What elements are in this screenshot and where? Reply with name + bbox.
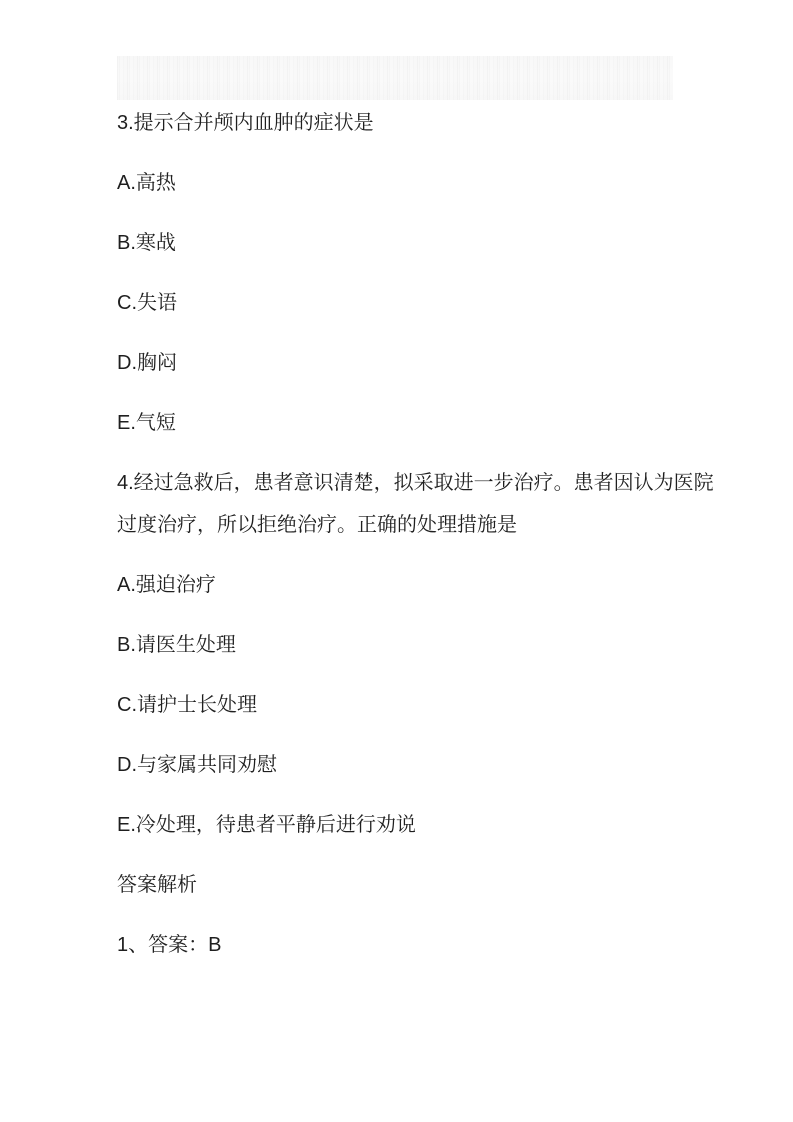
question-4-option-a: A.强迫治疗 [117,564,680,606]
question-3-option-d: D.胸闷 [117,342,680,384]
question-4-stem-line-2: 过度治疗，所以拒绝治疗。正确的处理措施是 [117,504,680,546]
question-4-option-c: C.请护士长处理 [117,684,680,726]
document-page: 3.提示合并颅内血肿的症状是 A.高热 B.寒战 C.失语 D.胸闷 E.气短 … [0,0,793,1122]
answer-entry-1: 1、答案：B [117,924,680,966]
question-3-option-e: E.气短 [117,402,680,444]
question-4-option-e: E.冷处理，待患者平静后进行劝说 [117,804,680,846]
question-3-option-a: A.高热 [117,162,680,204]
question-4-option-d: D.与家属共同劝慰 [117,744,680,786]
answers-heading: 答案解析 [117,864,680,906]
question-3-option-c: C.失语 [117,282,680,324]
question-4-option-b: B.请医生处理 [117,624,680,666]
question-4-stem: 4.经过急救后，患者意识清楚，拟采取进一步治疗。患者因认为医院 过度治疗，所以拒… [117,462,680,546]
question-3-stem: 3.提示合并颅内血肿的症状是 [117,102,680,144]
page-content: 3.提示合并颅内血肿的症状是 A.高热 B.寒战 C.失语 D.胸闷 E.气短 … [0,56,793,966]
question-3-option-b: B.寒战 [117,222,680,264]
blurred-text-band [117,56,673,100]
question-4-stem-line-1: 4.经过急救后，患者意识清楚，拟采取进一步治疗。患者因认为医院 [117,462,680,504]
